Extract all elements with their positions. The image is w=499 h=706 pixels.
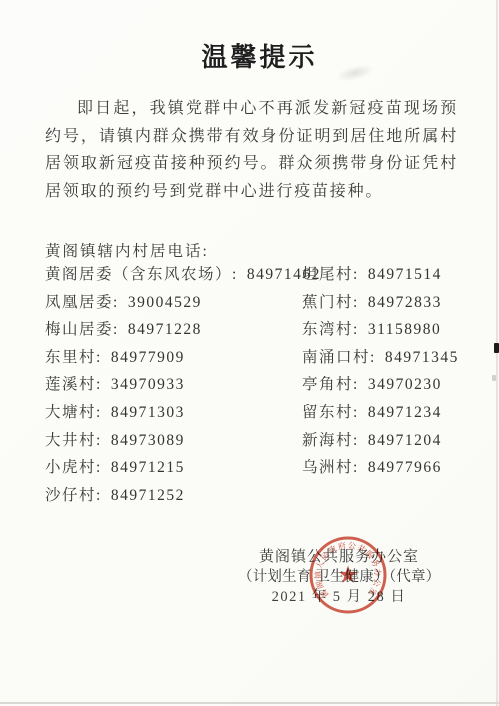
directory-entry: 莲溪村:34970933 bbox=[45, 371, 302, 399]
table-row: 梅山居委:84971228 东湾村:31158980 bbox=[45, 316, 481, 344]
entry-phone: 84971215 bbox=[111, 459, 185, 476]
entry-name: 坦尾村 bbox=[302, 266, 353, 283]
entry-separator: : bbox=[353, 321, 359, 338]
table-row: 沙仔村:84971252 bbox=[45, 482, 481, 510]
entry-name: 南涌口村 bbox=[302, 349, 370, 366]
entry-phone: 84971303 bbox=[111, 404, 185, 421]
entry-separator: : bbox=[96, 459, 102, 476]
directory-entry: 留东村:84971234 bbox=[302, 399, 481, 427]
table-row: 大塘村:84971303 留东村:84971234 bbox=[45, 399, 481, 427]
entry-name: 东里村 bbox=[45, 349, 96, 366]
entry-phone: 84972833 bbox=[368, 294, 442, 311]
directory-entry: 亭角村:34970230 bbox=[302, 371, 481, 399]
directory-entry: 南涌口村:84971345 bbox=[302, 344, 481, 372]
directory-entry: 小虎村:84971215 bbox=[45, 454, 302, 482]
entry-separator: : bbox=[353, 376, 359, 393]
entry-name: 凤凰居委 bbox=[45, 294, 113, 311]
entry-name: 留东村 bbox=[302, 404, 353, 421]
directory-entry: 大井村:84973089 bbox=[45, 427, 302, 455]
entry-phone: 84973089 bbox=[111, 432, 185, 449]
document-page: 温馨提示 即日起，我镇党群中心不再派发新冠疫苗现场预约号，请镇内群众携带有效身份… bbox=[0, 0, 499, 706]
entry-phone: 84971204 bbox=[368, 432, 442, 449]
table-row: 大井村:84973089 新海村:84971204 bbox=[45, 427, 481, 455]
table-row: 黄阁居委（含东风农场）:84971462 坦尾村:84971514 bbox=[45, 261, 481, 289]
entry-name: 小虎村 bbox=[45, 459, 96, 476]
directory-entry: 凤凰居委:39004529 bbox=[45, 289, 302, 317]
entry-phone: 84977966 bbox=[368, 459, 442, 476]
entry-name: 大塘村 bbox=[45, 404, 96, 421]
directory-entry: 梅山居委:84971228 bbox=[45, 316, 302, 344]
directory-entry: 大塘村:84971303 bbox=[45, 399, 302, 427]
directory-entry: 沙仔村:84971252 bbox=[45, 482, 302, 510]
entry-name: 乌洲村 bbox=[302, 459, 353, 476]
entry-separator: : bbox=[96, 487, 102, 504]
entry-separator: : bbox=[232, 266, 238, 283]
entry-phone: 31158980 bbox=[368, 321, 441, 338]
entry-separator: : bbox=[96, 376, 102, 393]
entry-phone: 84971345 bbox=[385, 349, 459, 366]
entry-separator: : bbox=[96, 349, 102, 366]
directory-entry: 乌洲村:84977966 bbox=[302, 454, 481, 482]
directory-entry: 新海村:84971204 bbox=[302, 427, 481, 455]
directory-entry: 东里村:84977909 bbox=[45, 344, 302, 372]
entry-separator: : bbox=[353, 294, 359, 311]
entry-name: 黄阁居委（含东风农场） bbox=[45, 266, 232, 283]
entry-separator: : bbox=[370, 349, 376, 366]
entry-name: 新海村 bbox=[302, 432, 353, 449]
directory-entry: 坦尾村:84971514 bbox=[302, 261, 481, 289]
entry-separator: : bbox=[353, 459, 359, 476]
entry-name: 亭角村 bbox=[302, 376, 353, 393]
directory-heading: 黄阁镇辖内村居电话: bbox=[45, 239, 209, 261]
entry-separator: : bbox=[113, 294, 119, 311]
directory-entry-empty bbox=[302, 482, 481, 510]
entry-separator: : bbox=[353, 266, 359, 283]
page-title: 温馨提示 bbox=[10, 41, 499, 75]
entry-phone: 84971252 bbox=[111, 487, 185, 504]
entry-phone: 39004529 bbox=[128, 294, 202, 311]
notice-paragraph: 即日起，我镇党群中心不再派发新冠疫苗现场预约号，请镇内群众携带有效身份证明到居住… bbox=[45, 95, 458, 205]
entry-phone: 84971234 bbox=[368, 404, 442, 421]
directory-entry: 黄阁居委（含东风农场）:84971462 bbox=[45, 261, 302, 289]
phone-directory: 黄阁居委（含东风农场）:84971462 坦尾村:84971514 凤凰居委:3… bbox=[45, 261, 481, 509]
directory-entry: 东湾村:31158980 bbox=[302, 316, 481, 344]
scan-edge-bottom bbox=[0, 702, 499, 704]
entry-name: 梅山居委 bbox=[45, 321, 113, 338]
entry-phone: 84971514 bbox=[368, 266, 442, 283]
entry-name: 莲溪村 bbox=[45, 376, 96, 393]
directory-entry: 蕉门村:84972833 bbox=[302, 289, 481, 317]
scan-edge-right bbox=[496, 0, 498, 706]
entry-separator: : bbox=[96, 432, 102, 449]
table-row: 小虎村:84971215 乌洲村:84977966 bbox=[45, 454, 481, 482]
scan-artifact-mark-faint bbox=[492, 375, 496, 381]
entry-name: 蕉门村 bbox=[302, 294, 353, 311]
entry-separator: : bbox=[96, 404, 102, 421]
entry-separator: : bbox=[113, 321, 119, 338]
entry-separator: : bbox=[353, 432, 359, 449]
official-seal: 黄阁镇人民政府公共服务办公室 bbox=[298, 525, 398, 625]
entry-phone: 34970933 bbox=[111, 376, 185, 393]
entry-name: 东湾村 bbox=[302, 321, 353, 338]
table-row: 东里村:84977909 南涌口村:84971345 bbox=[45, 344, 481, 372]
entry-phone: 34970230 bbox=[368, 376, 442, 393]
entry-phone: 84971228 bbox=[128, 321, 202, 338]
seal-star-icon bbox=[339, 566, 357, 583]
entry-phone: 84977909 bbox=[111, 349, 185, 366]
entry-name: 大井村 bbox=[45, 432, 96, 449]
entry-name: 沙仔村 bbox=[45, 487, 96, 504]
table-row: 凤凰居委:39004529 蕉门村:84972833 bbox=[45, 289, 481, 317]
scan-artifact-mark bbox=[494, 343, 499, 353]
table-row: 莲溪村:34970933 亭角村:34970230 bbox=[45, 371, 481, 399]
entry-separator: : bbox=[353, 404, 359, 421]
